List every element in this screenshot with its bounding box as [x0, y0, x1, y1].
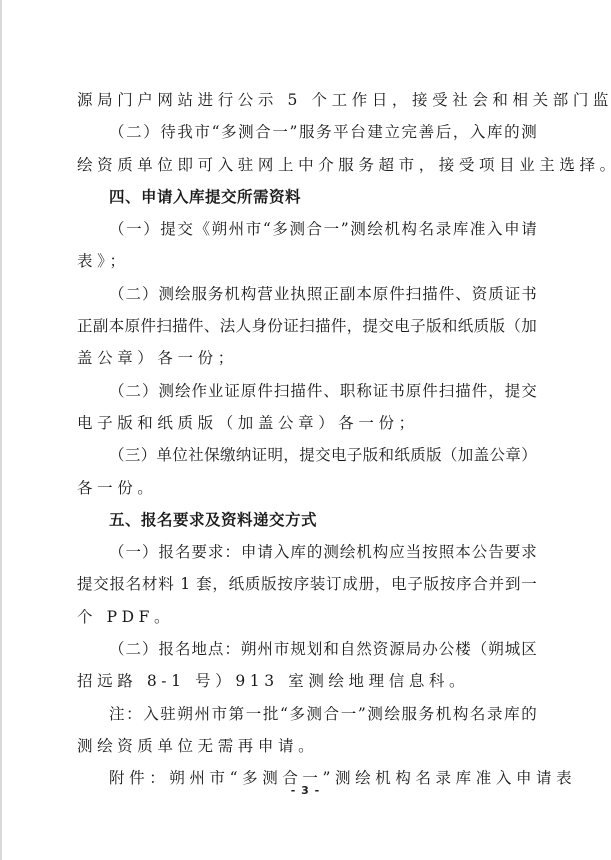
paragraph-line: 盖公章）各一份；: [77, 342, 537, 374]
page-edge: [0, 0, 2, 860]
section-heading: 四、申请入库提交所需资料: [77, 181, 537, 213]
paragraph-line: 源局门户网站进行公示 5 个工作日，接受社会和相关部门监督。: [77, 84, 537, 116]
paragraph-line: 各一份。: [77, 472, 537, 504]
paragraph-line: 表》；: [77, 245, 537, 277]
paragraph-line: 电子版和纸质版（加盖公章）各一份；: [77, 407, 537, 439]
note-line: 测绘资质单位无需再申请。: [77, 730, 537, 762]
note-line: 注：入驻朔州市第一批“多测合一”测绘服务机构名录库的: [77, 698, 537, 730]
paragraph-line: （一）提交《朔州市“多测合一”测绘机构名录库准入申请: [77, 213, 537, 245]
paragraph-line: （一）报名要求：申请入库的测绘机构应当按照本公告要求: [77, 536, 537, 568]
section-heading: 五、报名要求及资料递交方式: [77, 504, 537, 536]
page-number: - 3 -: [0, 784, 611, 797]
paragraph-line: 提交报名材料 1 套，纸质版按序装订成册，电子版按序合并到一: [77, 568, 537, 600]
paragraph-line: 招远路 8-1 号）913 室测绘地理信息科。: [77, 665, 537, 697]
document-body: 源局门户网站进行公示 5 个工作日，接受社会和相关部门监督。 （二）待我市“多测…: [77, 84, 537, 795]
paragraph-line: 个 PDF。: [77, 601, 537, 633]
paragraph-line: （二）待我市“多测合一”服务平台建立完善后，入库的测: [77, 116, 537, 148]
paragraph-line: （二）测绘服务机构营业执照正副本原件扫描件、资质证书: [77, 278, 537, 310]
paragraph-line: 绘资质单位即可入驻网上中介服务超市，接受项目业主选择。: [77, 149, 537, 181]
paragraph-line: 正副本原件扫描件、法人身份证扫描件，提交电子版和纸质版（加: [77, 310, 537, 342]
paragraph-line: （三）单位社保缴纳证明，提交电子版和纸质版（加盖公章）: [77, 439, 537, 471]
paragraph-line: （二）测绘作业证原件扫描件、职称证书原件扫描件，提交: [77, 375, 537, 407]
paragraph-line: （二）报名地点：朔州市规划和自然资源局办公楼（朔城区: [77, 633, 537, 665]
